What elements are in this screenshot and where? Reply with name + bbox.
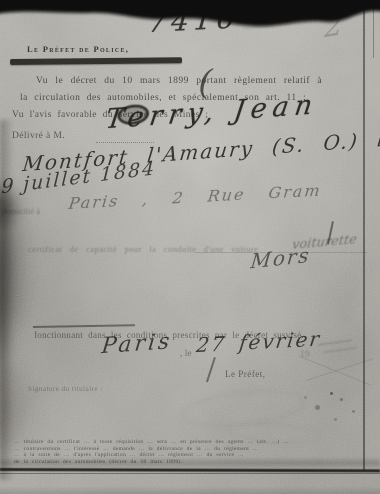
signature-label: Signature du titulaire : <box>28 385 103 393</box>
signature-pen-stroke <box>206 357 216 382</box>
mines-clause: Vu l'avis favorable du service des Mines… <box>12 110 208 120</box>
date-le-printed: , le <box>180 349 192 359</box>
vehicle-type-handwritten: voiturette <box>291 232 358 253</box>
certificate-line: certificat de capacité pour la conduite … <box>28 244 258 254</box>
domicile-label: domicilié à <box>2 206 40 216</box>
date-city-handwritten: Paris <box>100 329 173 359</box>
left-edge-shadow <box>0 120 14 480</box>
pen-paren-mark: ( <box>197 62 213 103</box>
struck-through-text-bar <box>10 57 182 64</box>
footnote-line-2: … contraventions … l'intéressé … demande… <box>14 446 366 453</box>
issuer-title: Le Préfet de Police, <box>27 44 129 54</box>
pen-overline <box>33 324 135 327</box>
ghost-smudge-1 <box>180 385 307 432</box>
stray-pen-stroke <box>327 221 334 245</box>
bottom-border-rule-thin <box>0 473 380 474</box>
scratch-mark-2 <box>306 358 373 381</box>
ink-speckles <box>330 392 333 395</box>
right-page-edge-rule <box>363 6 365 470</box>
delivered-label: Délivré à M. <box>12 131 65 141</box>
paper-blotch-overlay <box>0 0 380 494</box>
pencil-mark: 2 <box>324 7 343 46</box>
year-scrawl-mark <box>318 339 352 346</box>
paper-grain-overlay <box>0 0 380 494</box>
right-secondary-rule <box>373 0 374 58</box>
scratch-mark-1 <box>300 356 371 386</box>
prefect-label: Le Préfet, <box>225 369 265 379</box>
conditions-line: fonctionnant dans les conditions prescri… <box>34 330 304 340</box>
top-vignette <box>0 0 380 36</box>
horizontal-crease <box>195 252 367 253</box>
decree-clause-line2: la circulation des automobiles, et spéci… <box>20 93 306 103</box>
registry-number: 7416 <box>147 1 241 39</box>
bottom-left-shadow <box>0 360 20 450</box>
date-handwritten: 27 février <box>195 326 323 357</box>
domicile-handwritten: Paris , 2 Rue Gram <box>68 181 323 213</box>
footnote-line-3: … à la suite de … d'après l'application … <box>14 452 366 459</box>
pencil-smudge <box>246 5 310 15</box>
ink-stamp-oval <box>116 103 150 127</box>
date-year-printed: 19 <box>300 350 310 360</box>
left-shadow-blob-small <box>0 188 16 228</box>
holder-name: Terry, Jean <box>104 89 321 135</box>
document-photo: 7416 2 Le Préfet de Police, Vu le décret… <box>0 0 380 494</box>
bottom-photo-edge <box>0 486 380 494</box>
decree-clause-line1: Vu le décret du 10 mars 1899 portant règ… <box>36 76 322 86</box>
bottom-smudge-band <box>0 457 380 468</box>
ghost-smudge-2 <box>227 420 324 447</box>
footnote-line-4: de la circulation des automobiles (décre… <box>14 459 366 466</box>
birthdate-line: 9 juillet 1884 <box>1 157 157 198</box>
fill-in-dots <box>96 141 154 143</box>
footnote-block: … titulaire du certificat … à toute réqu… <box>14 439 366 465</box>
bottom-border-rule-thick <box>0 468 380 472</box>
footnote-line-1: … titulaire du certificat … à toute réqu… <box>14 439 366 446</box>
left-shadow-blob <box>0 215 24 370</box>
vehicle-make-handwritten: Mors <box>249 243 312 274</box>
birthplace-line: Montfort l'Amaury (S. O.) le <box>21 126 380 177</box>
